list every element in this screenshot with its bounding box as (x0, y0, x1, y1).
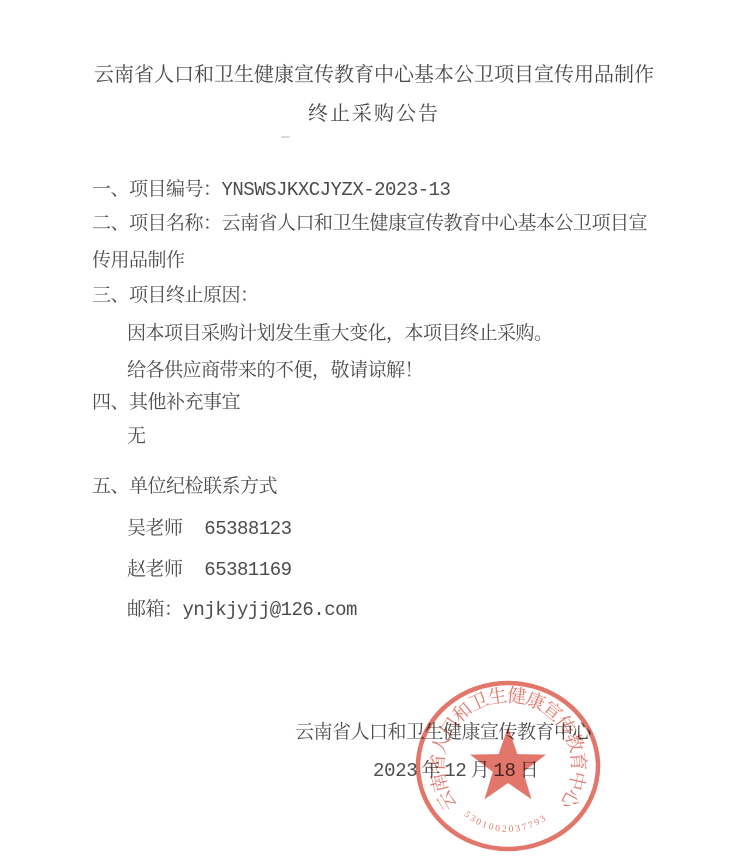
seal-star-icon (470, 727, 546, 799)
document-title-line2: 终止采购公告 (0, 103, 748, 129)
project-number-line: 一、项目编号：YNSWSJKXCJYZX-2023-13 (92, 178, 450, 202)
termination-reason-text: 因本项目采购计划发生重大变化，本项目终止采购。 (127, 322, 553, 346)
scan-artifact (281, 136, 290, 138)
termination-reason-heading: 三、项目终止原因： (92, 284, 259, 308)
apology-text: 给各供应商带来的不便，敬请谅解！ (127, 359, 423, 383)
contact-heading: 五、单位纪检联系方式 (92, 475, 277, 499)
seal-code-text: 5301002037793 (462, 810, 549, 835)
contact-teacher-wu: 吴老师 65388123 (127, 517, 292, 541)
document-title-line1: 云南省人口和卫生健康宣传教育中心基本公卫项目宣传用品制作 (0, 64, 748, 90)
contact-teacher-zhao: 赵老师 65381169 (127, 558, 292, 582)
official-seal: 云南省人口和卫生健康宣传教育中心 5301002037793 (412, 678, 604, 854)
project-name-line: 二、项目名称：云南省人口和卫生健康宣传教育中心基本公卫项目宣 (92, 212, 647, 236)
project-name-continuation: 传用品制作 (92, 249, 185, 273)
supplementary-none: 无 (127, 425, 146, 449)
document-page: 云南省人口和卫生健康宣传教育中心基本公卫项目宣传用品制作 终止采购公告 一、项目… (0, 0, 748, 865)
supplementary-heading: 四、其他补充事宜 (92, 391, 240, 415)
contact-email-line: 邮箱：ynjkjyjj@126.com (127, 598, 357, 622)
